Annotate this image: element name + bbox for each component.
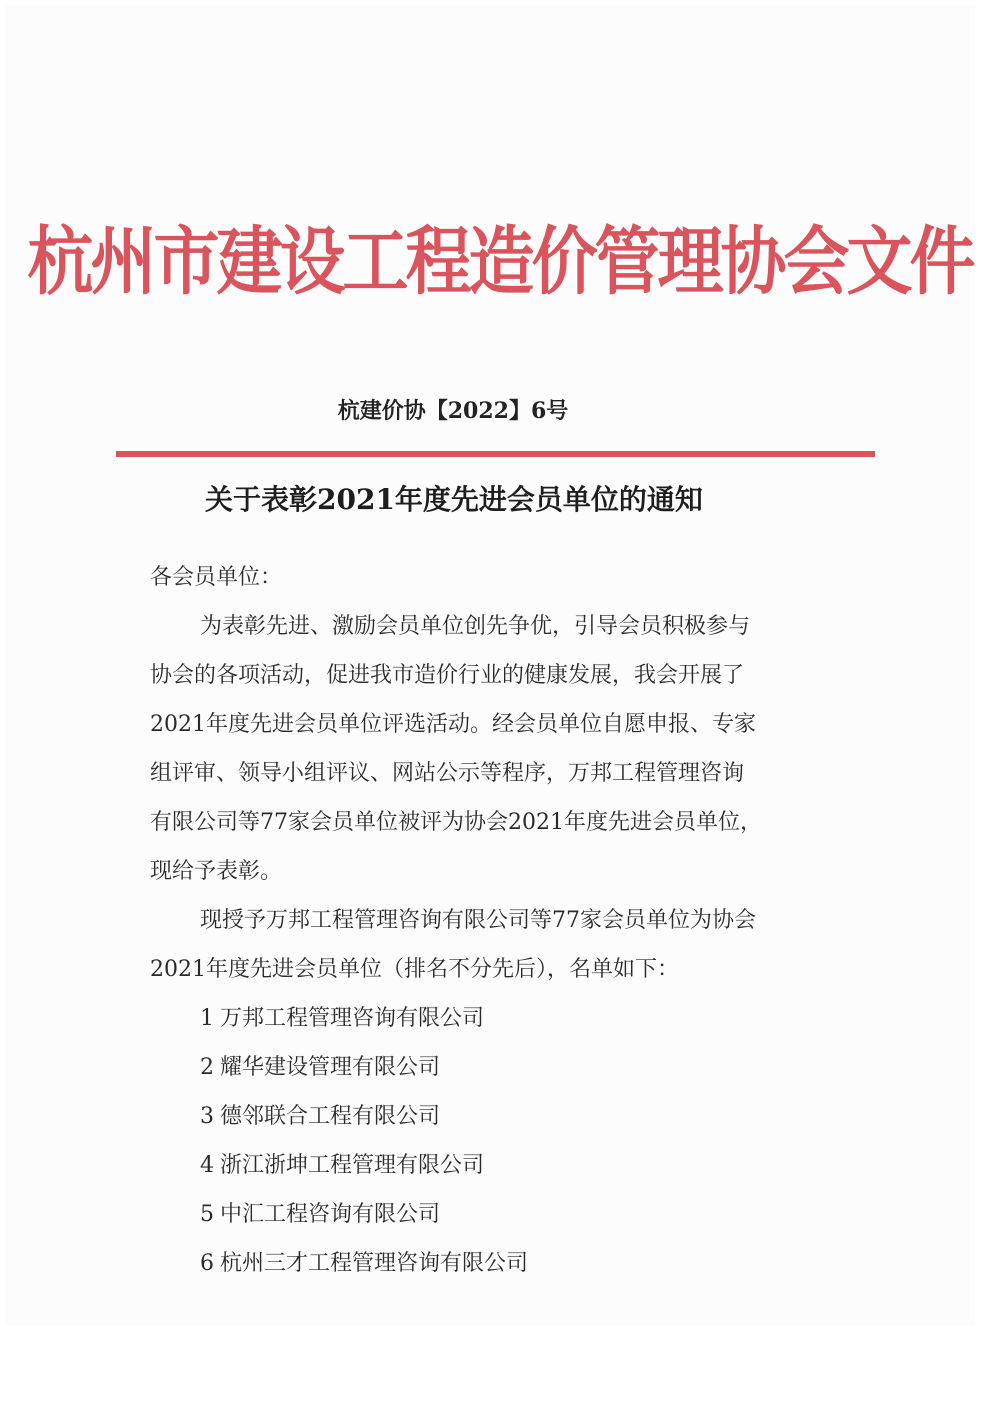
document-number: 杭建价协【2022】6号 bbox=[0, 395, 906, 427]
paragraph-1-line: 组评审、领导小组评议、网站公示等程序，万邦工程管理咨询 bbox=[150, 754, 744, 794]
paragraph-1-line: 为表彰先进、激励会员单位创先争优，引导会员积极参与 bbox=[200, 607, 750, 647]
list-item-number: 3 bbox=[200, 1104, 214, 1129]
masthead-title: 杭州市建设工程造价管理协会文件 bbox=[0, 212, 1000, 313]
list-item-number: 6 bbox=[200, 1251, 214, 1276]
paragraph-2-line: 2021年度先进会员单位（排名不分先后），名单如下： bbox=[150, 950, 679, 990]
list-item: 2耀华建设管理有限公司 bbox=[200, 1048, 440, 1088]
notice-title: 关于表彰2021年度先进会员单位的通知 bbox=[205, 478, 703, 522]
list-item: 6杭州三才工程管理咨询有限公司 bbox=[200, 1244, 528, 1284]
list-item: 5中汇工程咨询有限公司 bbox=[200, 1195, 440, 1235]
paragraph-1-line: 协会的各项活动，促进我市造价行业的健康发展，我会开展了 bbox=[150, 656, 744, 696]
list-item-name: 万邦工程管理咨询有限公司 bbox=[220, 1006, 484, 1031]
salutation: 各会员单位： bbox=[150, 558, 282, 598]
list-item-name: 浙江浙坤工程管理有限公司 bbox=[220, 1153, 484, 1178]
list-item-number: 2 bbox=[200, 1055, 214, 1080]
paragraph-2-line: 现授予万邦工程管理咨询有限公司等77家会员单位为协会 bbox=[200, 901, 756, 941]
paragraph-1-line: 现给予表彰。 bbox=[150, 852, 282, 892]
list-item-number: 4 bbox=[200, 1153, 214, 1178]
list-item: 4浙江浙坤工程管理有限公司 bbox=[200, 1146, 484, 1186]
list-item: 3德邻联合工程有限公司 bbox=[200, 1097, 440, 1137]
list-item-name: 耀华建设管理有限公司 bbox=[220, 1055, 440, 1080]
list-item-name: 杭州三才工程管理咨询有限公司 bbox=[220, 1251, 528, 1276]
list-item-name: 德邻联合工程有限公司 bbox=[220, 1104, 440, 1129]
paragraph-1-line: 有限公司等77家会员单位被评为协会2021年度先进会员单位， bbox=[150, 803, 762, 843]
red-divider bbox=[116, 451, 875, 457]
list-item-number: 5 bbox=[200, 1202, 214, 1227]
list-item-number: 1 bbox=[200, 1006, 214, 1031]
list-item-name: 中汇工程咨询有限公司 bbox=[220, 1202, 440, 1227]
list-item: 1万邦工程管理咨询有限公司 bbox=[200, 999, 484, 1039]
paragraph-1-line: 2021年度先进会员单位评选活动。经会员单位自愿申报、专家 bbox=[150, 705, 756, 745]
